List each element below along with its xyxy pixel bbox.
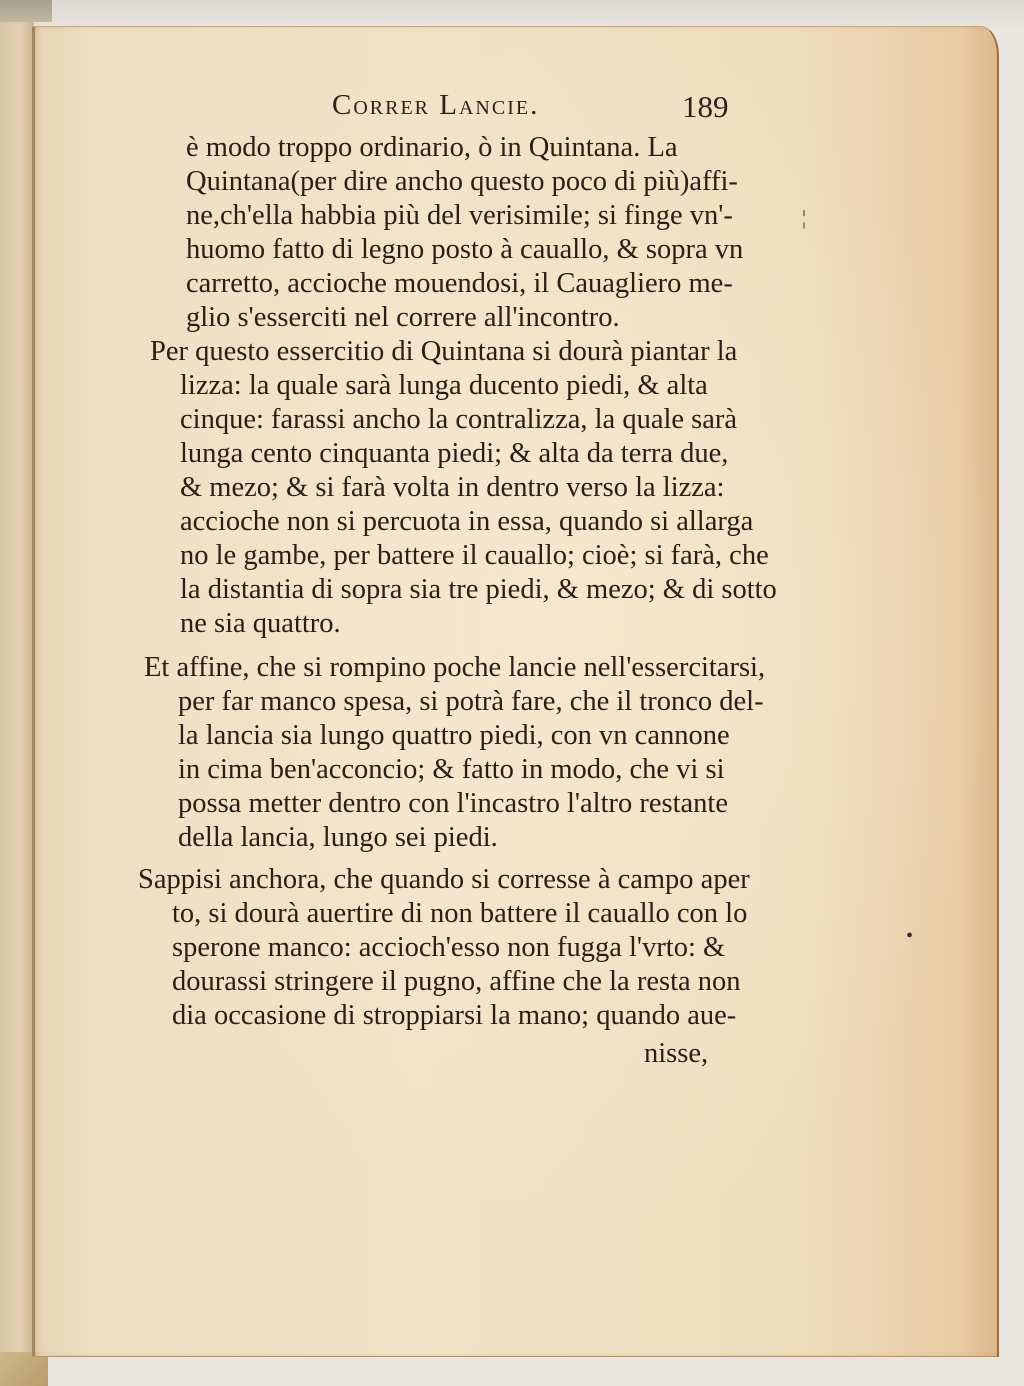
- binding-board: [0, 0, 34, 1386]
- text-line: Sappisi anchora, che quando si corresse …: [138, 863, 750, 897]
- text-line: cinque: farassi ancho la contralizza, la…: [180, 403, 737, 437]
- text-line: lunga cento cinquanta piedi; & alta da t…: [180, 437, 728, 471]
- text-line: la lancia sia lungo quattro piedi, con v…: [178, 719, 730, 753]
- book-page: Correr Lancie. 189 è modo troppo ordinar…: [32, 26, 999, 1357]
- binding-board-corner: [0, 1352, 48, 1386]
- text-line: della lancia, lungo sei piedi.: [178, 821, 498, 855]
- page-number: 189: [682, 89, 729, 125]
- binding-board-top-edge: [0, 0, 52, 22]
- text-line: & mezo; & si farà volta in dentro verso …: [180, 471, 724, 505]
- text-line: per far manco spesa, si potrà fare, che …: [178, 685, 764, 719]
- text-line: Per questo essercitio di Quintana si dou…: [150, 335, 737, 369]
- ink-speck: •: [906, 925, 913, 948]
- text-line: possa metter dentro con l'incastro l'alt…: [178, 787, 728, 821]
- text-line: dia occasione di stroppiarsi la mano; qu…: [172, 999, 736, 1033]
- text-line: carretto, accioche mouendosi, il Cauagli…: [186, 267, 733, 301]
- text-line: la distantia di sopra sia tre piedi, & m…: [180, 573, 777, 607]
- text-line: no le gambe, per battere il cauallo; cio…: [180, 539, 769, 573]
- scan-backdrop: [0, 0, 1024, 26]
- text-line: Et affine, che si rompino poche lancie n…: [144, 651, 765, 685]
- text-line: è modo troppo ordinario, ò in Quintana. …: [186, 131, 678, 165]
- text-line: to, si dourà auertire di non battere il …: [172, 897, 747, 931]
- gutter-shadow: [32, 27, 35, 1356]
- margin-mark: ¦: [802, 207, 806, 230]
- text-line: lizza: la quale sarà lunga ducento piedi…: [180, 369, 708, 403]
- text-line: in cima ben'acconcio; & fatto in modo, c…: [178, 753, 724, 787]
- catchword: nisse,: [644, 1037, 708, 1071]
- text-line: dourassi stringere il pugno, affine che …: [172, 965, 741, 999]
- text-line: sperone manco: accioch'esso non fugga l'…: [172, 931, 725, 965]
- text-line: ne,ch'ella habbia più del verisimile; si…: [186, 199, 733, 233]
- text-line: huomo fatto di legno posto à cauallo, & …: [186, 233, 743, 267]
- running-head: Correr Lancie.: [332, 89, 539, 122]
- text-line: accioche non si percuota in essa, quando…: [180, 505, 753, 539]
- text-line: glio s'esserciti nel correre all'incontr…: [186, 301, 620, 335]
- text-line: ne sia quattro.: [180, 607, 341, 641]
- text-line: Quintana(per dire ancho questo poco di p…: [186, 165, 738, 199]
